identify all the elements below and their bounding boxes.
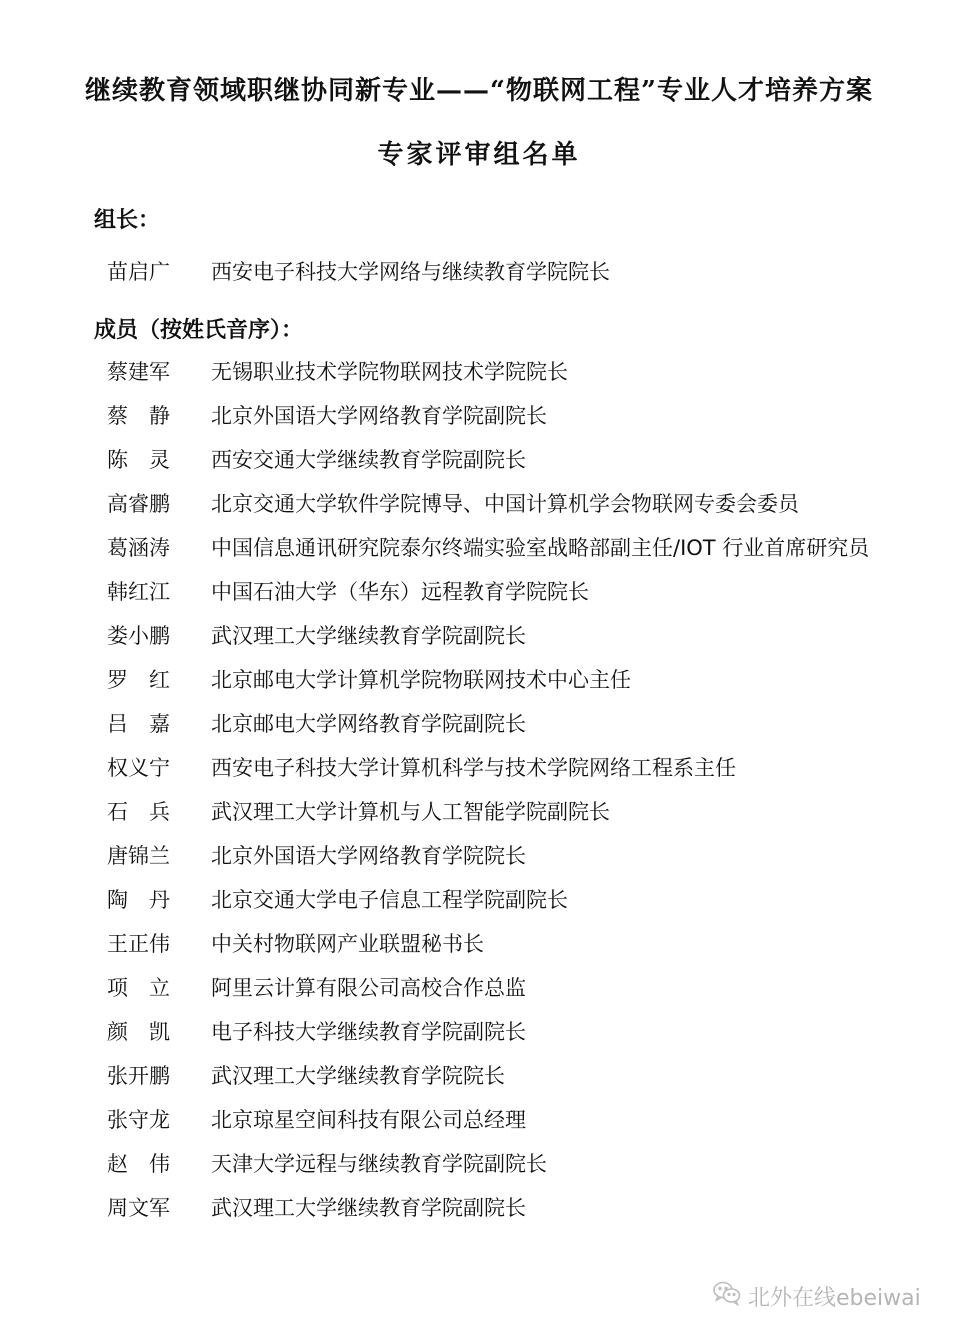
document-subtitle: 专家评审组名单	[0, 134, 958, 171]
member-name: 权义宁	[107, 752, 211, 782]
watermark-text: 北外在线ebeiwai	[748, 1281, 921, 1312]
member-affiliation: 天津大学远程与继续教育学院副院长	[211, 1148, 547, 1178]
member-affiliation: 西安交通大学继续教育学院副院长	[211, 444, 526, 474]
member-name: 项 立	[107, 972, 211, 1002]
member-affiliation: 无锡职业技术学院物联网技术学院院长	[211, 356, 568, 386]
document-title: 继续教育领域职继协同新专业——“物联网工程”专业人才培养方案	[0, 70, 958, 107]
member-name: 赵 伟	[107, 1148, 211, 1178]
member-name: 张守龙	[107, 1104, 211, 1134]
member-row: 高睿鹏北京交通大学软件学院博导、中国计算机学会物联网专委会委员	[107, 488, 799, 518]
member-affiliation: 阿里云计算有限公司高校合作总监	[211, 972, 526, 1002]
member-row: 蔡建军无锡职业技术学院物联网技术学院院长	[107, 356, 568, 386]
member-name: 吕 嘉	[107, 708, 211, 738]
members-heading: 成员（按姓氏音序）：	[94, 313, 303, 344]
member-name: 石 兵	[107, 796, 211, 826]
member-row: 吕 嘉北京邮电大学网络教育学院副院长	[107, 708, 526, 738]
member-row: 娄小鹏武汉理工大学继续教育学院副院长	[107, 620, 526, 650]
member-name: 王正伟	[107, 928, 211, 958]
member-affiliation: 武汉理工大学继续教育学院副院长	[211, 1192, 526, 1222]
member-affiliation: 北京交通大学软件学院博导、中国计算机学会物联网专委会委员	[211, 488, 799, 518]
member-row: 唐锦兰北京外国语大学网络教育学院院长	[107, 840, 526, 870]
member-row: 韩红江中国石油大学（华东）远程教育学院院长	[107, 576, 589, 606]
member-affiliation: 武汉理工大学计算机与人工智能学院副院长	[211, 796, 610, 826]
member-affiliation: 北京邮电大学计算机学院物联网技术中心主任	[211, 664, 631, 694]
member-row: 项 立阿里云计算有限公司高校合作总监	[107, 972, 526, 1002]
member-name: 陈 灵	[107, 444, 211, 474]
member-name: 葛涵涛	[107, 532, 211, 562]
member-affiliation: 中国信息通讯研究院泰尔终端实验室战略部副主任/IOT 行业首席研究员	[211, 532, 869, 562]
member-row: 陈 灵西安交通大学继续教育学院副院长	[107, 444, 526, 474]
member-name: 陶 丹	[107, 884, 211, 914]
member-name: 周文军	[107, 1192, 211, 1222]
member-affiliation: 北京交通大学电子信息工程学院副院长	[211, 884, 568, 914]
member-row: 石 兵武汉理工大学计算机与人工智能学院副院长	[107, 796, 610, 826]
member-affiliation: 北京外国语大学网络教育学院院长	[211, 840, 526, 870]
member-row: 周文军武汉理工大学继续教育学院副院长	[107, 1192, 526, 1222]
member-name: 颜 凯	[107, 1016, 211, 1046]
member-name: 娄小鹏	[107, 620, 211, 650]
leader-affiliation: 西安电子科技大学网络与继续教育学院院长	[211, 256, 610, 286]
member-name: 蔡建军	[107, 356, 211, 386]
member-affiliation: 北京外国语大学网络教育学院副院长	[211, 400, 547, 430]
member-name: 唐锦兰	[107, 840, 211, 870]
member-row: 葛涵涛中国信息通讯研究院泰尔终端实验室战略部副主任/IOT 行业首席研究员	[107, 532, 869, 562]
leader-heading: 组长：	[94, 203, 160, 234]
member-affiliation: 北京琼星空间科技有限公司总经理	[211, 1104, 526, 1134]
member-row: 罗 红北京邮电大学计算机学院物联网技术中心主任	[107, 664, 631, 694]
member-affiliation: 武汉理工大学继续教育学院副院长	[211, 620, 526, 650]
watermark: 北外在线ebeiwai	[712, 1280, 921, 1312]
member-name: 韩红江	[107, 576, 211, 606]
member-row: 蔡 静北京外国语大学网络教育学院副院长	[107, 400, 547, 430]
member-row: 赵 伟天津大学远程与继续教育学院副院长	[107, 1148, 547, 1178]
member-row: 权义宁西安电子科技大学计算机科学与技术学院网络工程系主任	[107, 752, 736, 782]
wechat-icon	[712, 1280, 748, 1312]
member-affiliation: 北京邮电大学网络教育学院副院长	[211, 708, 526, 738]
member-row: 陶 丹北京交通大学电子信息工程学院副院长	[107, 884, 568, 914]
member-row: 颜 凯电子科技大学继续教育学院副院长	[107, 1016, 526, 1046]
member-affiliation: 武汉理工大学继续教育学院院长	[211, 1060, 505, 1090]
member-row: 张守龙北京琼星空间科技有限公司总经理	[107, 1104, 526, 1134]
member-affiliation: 西安电子科技大学计算机科学与技术学院网络工程系主任	[211, 752, 736, 782]
member-affiliation: 中国石油大学（华东）远程教育学院院长	[211, 576, 589, 606]
leader-row: 苗启广 西安电子科技大学网络与继续教育学院院长	[107, 256, 610, 286]
member-affiliation: 电子科技大学继续教育学院副院长	[211, 1016, 526, 1046]
member-name: 蔡 静	[107, 400, 211, 430]
member-row: 张开鹏武汉理工大学继续教育学院院长	[107, 1060, 505, 1090]
member-affiliation: 中关村物联网产业联盟秘书长	[211, 928, 484, 958]
member-name: 高睿鹏	[107, 488, 211, 518]
leader-name: 苗启广	[107, 256, 211, 286]
member-name: 罗 红	[107, 664, 211, 694]
member-row: 王正伟中关村物联网产业联盟秘书长	[107, 928, 484, 958]
member-name: 张开鹏	[107, 1060, 211, 1090]
